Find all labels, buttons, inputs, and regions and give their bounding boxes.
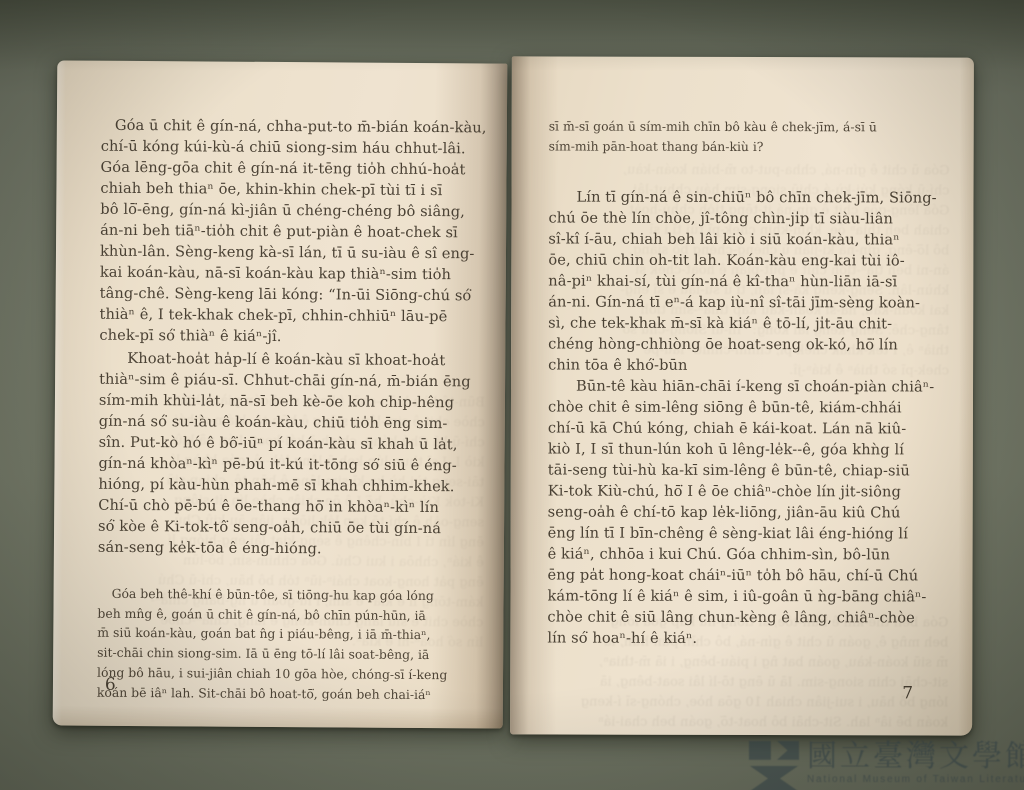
museum-watermark: 國立臺灣文學館 National Museum of Taiwan Litera… xyxy=(749,741,1024,790)
letter-excerpt-continued: sī m̄-sī goán ū sím-mih chīn bô kàu ê ch… xyxy=(549,116,953,156)
page-number: 6 xyxy=(105,675,116,695)
right-page-text-column: sī m̄-sī goán ū sím-mih chīn bô kàu ê ch… xyxy=(547,116,952,649)
watermark-title-en: National Museum of Taiwan Literature xyxy=(807,774,1024,785)
page-number: 7 xyxy=(902,683,913,703)
paragraph: Góa ū chit ê gín-ná, chha-put-to m̄-bián… xyxy=(99,115,493,349)
paragraph: Lín tī gín-ná ê sin-chiūⁿ bô chīn chek-j… xyxy=(548,187,952,377)
nmtl-logo-icon xyxy=(749,741,799,790)
letter-excerpt: Góa beh thê-khí ê būn-tôe, sī tiōng-hu k… xyxy=(97,584,490,705)
left-page-text-column: Góa ū chit ê gín-ná, chha-put-to m̄-bián… xyxy=(97,115,493,705)
watermark-text: 國立臺灣文學館 National Museum of Taiwan Litera… xyxy=(807,741,1024,785)
paragraph: Būn-tê kàu hiān-chāi í-keng sī choán-pià… xyxy=(547,376,952,650)
watermark-title-cjk: 國立臺灣文學館 xyxy=(807,741,1024,773)
page-left: Būn-tê kàu hiān-chāi í-keng sī choán-pià… xyxy=(53,60,508,728)
paragraph: Khoat-hoa̍t ha̍p-lí ê koán-kàu sī khoat-… xyxy=(98,348,491,561)
page-right: Góa ū chit ê gín-ná, chha-put-to m̄-bián… xyxy=(510,56,974,735)
photo-background: Būn-tê kàu hiān-chāi í-keng sī choán-pià… xyxy=(0,0,1024,790)
